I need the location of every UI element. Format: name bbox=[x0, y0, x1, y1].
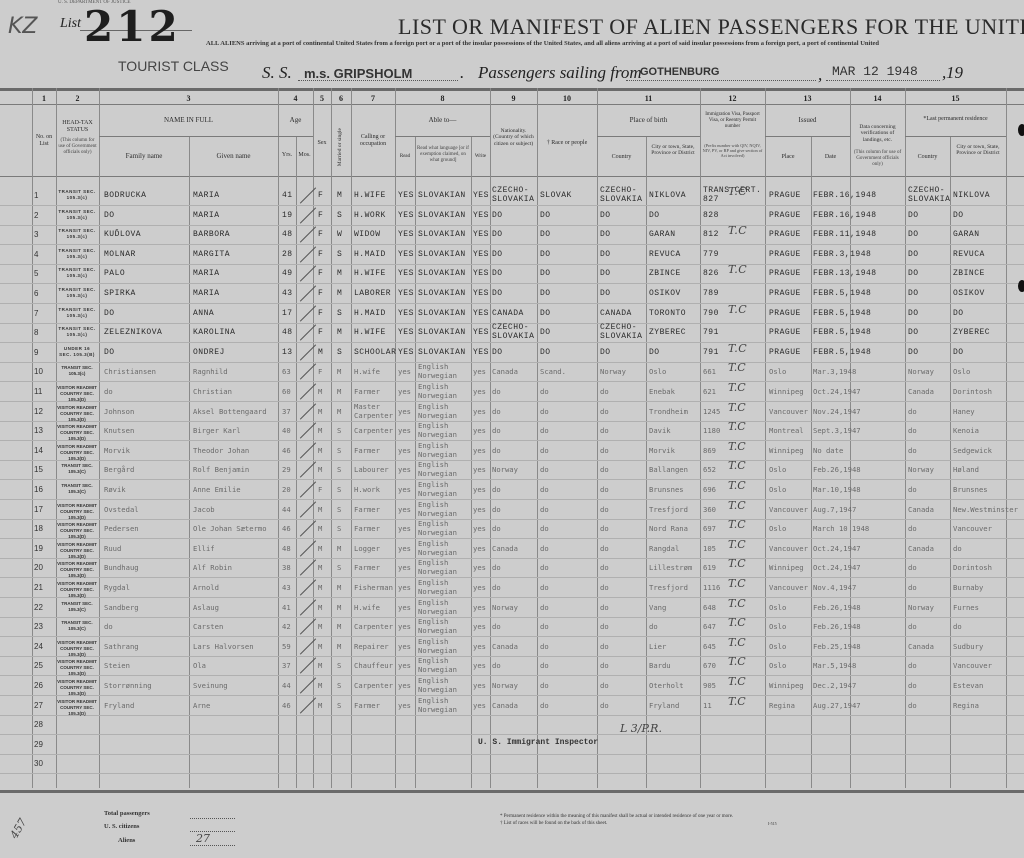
cell-race: DO bbox=[540, 323, 551, 342]
punch-hole bbox=[1018, 280, 1024, 292]
tc-annotation: T.C bbox=[728, 456, 746, 475]
cell-b-country: Norway bbox=[600, 362, 626, 381]
cell-sex: M bbox=[318, 637, 322, 656]
cell-given: Ola bbox=[193, 656, 206, 675]
cell-sex: F bbox=[318, 264, 323, 283]
cell-race: do bbox=[540, 676, 549, 695]
hdr-birth-city: City or town, State, Province or Distric… bbox=[647, 144, 699, 157]
cell-ms: M bbox=[337, 186, 342, 205]
cell-age: 28 bbox=[282, 245, 293, 264]
cell-write: yes bbox=[473, 500, 486, 519]
cell-tax: UNDER 16 SEC. 105.3(B) bbox=[57, 346, 97, 358]
hdr-name-in-full: NAME IN FULL bbox=[99, 116, 278, 124]
cell-r-country: do bbox=[908, 402, 917, 421]
cell-tax: TRANSIT SEC. 105.3(C) bbox=[57, 601, 97, 613]
table-row: 14VISITOR READMIT COUNTRY SEC. 105.3(D)M… bbox=[0, 441, 1024, 460]
cell-b-country: do bbox=[600, 460, 609, 479]
cell-given: MARIA bbox=[193, 284, 220, 303]
cell-tax: TRANSIT SEC. 105.3(c) bbox=[57, 326, 97, 338]
cell-b-country: do bbox=[600, 558, 609, 577]
table-row: 10TRANSIT SEC. 105.3(c)ChristiansenRagnh… bbox=[0, 362, 1024, 381]
cell-no: 22 bbox=[34, 598, 43, 617]
cell-occ: Farmer bbox=[354, 441, 380, 460]
cell-race: DO bbox=[540, 245, 551, 264]
cell-r-city: New.Westminster bbox=[953, 500, 1018, 519]
cell-ms: S bbox=[337, 304, 342, 323]
cell-tax: VISITOR READMIT COUNTRY SEC. 105.3(D) bbox=[57, 699, 97, 717]
cell-family: DO bbox=[104, 343, 115, 362]
cell-occ: H.MAID bbox=[354, 245, 386, 264]
date-line bbox=[826, 80, 940, 81]
cell-lang: English Norwegian bbox=[418, 637, 457, 655]
table-row: 7TRANSIT SEC. 105.3(c)DOANNA17FSH.MAIDYE… bbox=[0, 304, 1024, 323]
cell-race: do bbox=[540, 441, 549, 460]
table-row: 9UNDER 16 SEC. 105.3(B)DOONDREJ13MSSCHOO… bbox=[0, 343, 1024, 362]
aliens-count: 27 bbox=[196, 832, 210, 845]
rule bbox=[0, 88, 1024, 91]
rule bbox=[597, 136, 700, 137]
cell-visa: 648 bbox=[703, 598, 716, 617]
table-row: 20VISITOR READMIT COUNTRY SEC. 105.3(D)B… bbox=[0, 558, 1024, 577]
cell-r-country: Norway bbox=[908, 460, 934, 479]
cell-sex: M bbox=[318, 558, 322, 577]
cell-read: yes bbox=[398, 598, 411, 617]
cell-r-country: DO bbox=[908, 343, 919, 362]
table-row: 6TRANSIT SEC. 105.3(c)SPIRKAMARIA43FMLAB… bbox=[0, 284, 1024, 303]
cell-race: do bbox=[540, 402, 549, 421]
cell-age: 38 bbox=[282, 558, 291, 577]
tc-annotation: T.C bbox=[728, 613, 746, 632]
cell-read: yes bbox=[398, 460, 411, 479]
cell-visa: 905 bbox=[703, 676, 716, 695]
cell-family: DO bbox=[104, 304, 115, 323]
cell-occ: Chauffeur bbox=[354, 656, 393, 675]
cell-lang: English Norwegian bbox=[418, 519, 457, 537]
cell-r-country: Canada bbox=[908, 500, 934, 519]
cell-age: 46 bbox=[282, 696, 291, 715]
cell-occ: Labourer bbox=[354, 460, 389, 479]
cell-ms: S bbox=[337, 696, 341, 715]
cell-occ: Master Carpenter bbox=[354, 402, 393, 420]
cell-b-city: Lillestrøm bbox=[649, 558, 692, 577]
cell-no: 24 bbox=[34, 637, 43, 656]
table-row: 11VISITOR READMIT COUNTRY SEC. 105.3(D)d… bbox=[0, 382, 1024, 401]
cell-lang: English Norwegian bbox=[418, 460, 457, 478]
col-number: 6 bbox=[331, 94, 351, 103]
cell-r-country: Canada bbox=[908, 539, 934, 558]
cell-race: do bbox=[540, 656, 549, 675]
cell-i-place: Vancouver bbox=[769, 539, 808, 558]
cell-i-place: Oslo bbox=[769, 656, 786, 675]
cell-b-city: TORONTO bbox=[649, 304, 686, 323]
cell-b-country: do bbox=[600, 539, 609, 558]
row-rule bbox=[0, 773, 1024, 774]
cell-read: yes bbox=[398, 480, 411, 499]
cell-sex: M bbox=[318, 598, 322, 617]
cell-nat: Canada bbox=[492, 539, 518, 558]
cell-i-place: Oslo bbox=[769, 362, 786, 381]
cell-sex: F bbox=[318, 323, 323, 342]
cell-sex: M bbox=[318, 617, 322, 636]
cell-nat: do bbox=[492, 382, 501, 401]
list-label: List bbox=[60, 16, 81, 32]
cell-lang: English Norwegian bbox=[418, 617, 457, 635]
cell-b-country: do bbox=[600, 696, 609, 715]
cell-ms: M bbox=[337, 382, 341, 401]
cell-visa: 645 bbox=[703, 637, 716, 656]
cell-sex: F bbox=[318, 186, 323, 205]
check-mark-icon bbox=[300, 638, 316, 654]
cell-no: 11 bbox=[34, 382, 42, 401]
cell-occ: Farmer bbox=[354, 558, 380, 577]
cell-nat: Norway bbox=[492, 460, 518, 479]
cell-read: YES bbox=[398, 245, 414, 264]
cell-family: PALO bbox=[104, 264, 125, 283]
check-mark-icon bbox=[300, 266, 316, 282]
cell-race: do bbox=[540, 696, 549, 715]
cell-b-city: Lier bbox=[649, 637, 666, 656]
cell-occ: Farmer bbox=[354, 382, 380, 401]
cell-r-city: Vancouver bbox=[953, 656, 992, 675]
cell-visa: 790 bbox=[703, 304, 719, 323]
cell-i-date: Oct.24,1947 bbox=[813, 539, 861, 558]
hdr-verifications-note: (This column for use of Government offic… bbox=[852, 150, 903, 167]
cell-age: 46 bbox=[282, 441, 291, 460]
cell-i-place: Oslo bbox=[769, 460, 786, 479]
cell-b-country: do bbox=[600, 500, 609, 519]
cell-lang: English Norwegian bbox=[418, 578, 457, 596]
cell-tax: VISITOR READMIT COUNTRY SEC. 105.3(D) bbox=[57, 503, 97, 521]
cell-b-city: REVUCA bbox=[649, 245, 681, 264]
cell-occ: H.wife bbox=[354, 598, 380, 617]
cell-visa: 661 bbox=[703, 362, 716, 381]
cell-occ: Carpenter bbox=[354, 617, 393, 636]
rule bbox=[0, 790, 1024, 793]
cell-r-country: Norway bbox=[908, 362, 934, 381]
cell-visa: 791 bbox=[703, 343, 719, 362]
table-row: 30 bbox=[0, 754, 1024, 773]
cell-sex: M bbox=[318, 460, 322, 479]
tc-annotation: T.C bbox=[728, 182, 747, 201]
cell-r-city: DO bbox=[953, 304, 964, 323]
cell-write: YES bbox=[473, 264, 489, 283]
cell-sex: F bbox=[318, 362, 322, 381]
check-mark-icon bbox=[300, 521, 316, 537]
margin-note: KZ bbox=[8, 14, 38, 39]
cell-given: KAROLINA bbox=[193, 323, 235, 342]
cell-b-city: Oterholt bbox=[649, 676, 684, 695]
cell-write: YES bbox=[473, 245, 489, 264]
cell-r-city: GARAN bbox=[953, 225, 980, 244]
cell-age: 48 bbox=[282, 225, 293, 244]
table-row: 19VISITOR READMIT COUNTRY SEC. 105.3(D)R… bbox=[0, 539, 1024, 558]
cell-occ: LABORER bbox=[354, 284, 391, 303]
ship-name: m.s. GRIPSHOLM bbox=[304, 66, 412, 81]
comma: . bbox=[460, 63, 464, 83]
cell-write: yes bbox=[473, 402, 486, 421]
cell-read: YES bbox=[398, 206, 414, 225]
check-mark-icon bbox=[300, 658, 316, 674]
cell-race: do bbox=[540, 421, 549, 440]
cell-b-country: DO bbox=[600, 225, 611, 244]
cell-ms: M bbox=[337, 539, 341, 558]
cell-i-date: FEBR.13,1948 bbox=[813, 264, 877, 283]
document-title: LIST OR MANIFEST OF ALIEN PASSENGERS FOR… bbox=[398, 14, 1024, 40]
hdr-mos: Mos. bbox=[296, 152, 313, 159]
cell-read: YES bbox=[398, 284, 414, 303]
cell-read: yes bbox=[398, 656, 411, 675]
cell-i-place: PRAGUE bbox=[769, 225, 801, 244]
cell-ms: S bbox=[337, 676, 341, 695]
cell-no: 28 bbox=[34, 715, 43, 734]
cell-r-country: do bbox=[908, 480, 917, 499]
cell-no: 10 bbox=[34, 362, 43, 381]
cell-tax: TRANSIT SEC. 105.3(C) bbox=[57, 483, 97, 495]
cell-write: yes bbox=[473, 637, 486, 656]
cell-given: Christian bbox=[193, 382, 232, 401]
manifest-page: U. S. DEPARTMENT OF JUSTICE KZ List 212 … bbox=[0, 0, 1024, 858]
cell-b-city: ZBINCE bbox=[649, 264, 681, 283]
cell-i-place: PRAGUE bbox=[769, 323, 801, 342]
cell-i-place: Oslo bbox=[769, 617, 786, 636]
port-line bbox=[626, 80, 816, 81]
cell-r-country: do bbox=[908, 519, 917, 538]
cell-ms: M bbox=[337, 578, 341, 597]
cell-ms: S bbox=[337, 343, 342, 362]
cell-occ: Farmer bbox=[354, 519, 380, 538]
cell-b-city: Ballangen bbox=[649, 460, 688, 479]
cell-r-country: do bbox=[908, 441, 917, 460]
cell-no: 4 bbox=[34, 245, 39, 264]
col-number: 2 bbox=[56, 94, 99, 103]
cell-no: 27 bbox=[34, 696, 43, 715]
cell-no: 5 bbox=[34, 264, 39, 283]
cell-i-date: Feb.26,1948 bbox=[813, 598, 861, 617]
cell-r-city: Sudbury bbox=[953, 637, 983, 656]
tc-annotation: T.C bbox=[728, 378, 746, 397]
cell-given: MARIA bbox=[193, 206, 220, 225]
cell-i-date: FEBR.5,1948 bbox=[813, 343, 871, 362]
tc-annotation: T.C bbox=[728, 300, 747, 319]
cell-given: Ellif bbox=[193, 539, 215, 558]
table-row: 21VISITOR READMIT COUNTRY SEC. 105.3(D)R… bbox=[0, 578, 1024, 597]
class-stamp: TOURIST CLASS bbox=[118, 58, 229, 74]
cell-lang: SLOVAKIAN bbox=[418, 206, 466, 225]
cell-i-date: Oct.24,1947 bbox=[813, 382, 861, 401]
cell-r-country: do bbox=[908, 578, 917, 597]
cell-lang: SLOVAKIAN bbox=[418, 186, 466, 205]
cell-i-place: Oslo bbox=[769, 637, 786, 656]
cell-r-country: do bbox=[908, 558, 917, 577]
tc-annotation: T.C bbox=[728, 692, 746, 711]
cell-ms: M bbox=[337, 637, 341, 656]
hdr-last-residence: *Last permanent residence bbox=[905, 116, 1006, 123]
col-number: 1 bbox=[32, 94, 56, 103]
cell-read: YES bbox=[398, 323, 414, 342]
cell-r-country: Canada bbox=[908, 637, 934, 656]
cell-visa: 670 bbox=[703, 656, 716, 675]
check-mark-icon bbox=[300, 619, 316, 635]
cell-visa: 1245 bbox=[703, 402, 720, 421]
cell-b-city: Bardu bbox=[649, 656, 671, 675]
cell-nat: Norway bbox=[492, 598, 518, 617]
cell-age: 48 bbox=[282, 539, 291, 558]
cell-b-city: Enebak bbox=[649, 382, 675, 401]
cell-age: 44 bbox=[282, 500, 291, 519]
cell-i-place: Oslo bbox=[769, 598, 786, 617]
col-number: 10 bbox=[537, 94, 597, 103]
cell-lang: SLOVAKIAN bbox=[418, 343, 466, 362]
hdr-verifications: Data concerning verifications of landing… bbox=[851, 124, 904, 143]
check-mark-icon bbox=[300, 442, 316, 458]
cell-no: 13 bbox=[34, 421, 43, 440]
cell-race: DO bbox=[540, 264, 551, 283]
table-row: 27VISITOR READMIT COUNTRY SEC. 105.3(D)F… bbox=[0, 696, 1024, 715]
cell-ms: M bbox=[337, 284, 342, 303]
table-row: 12VISITOR READMIT COUNTRY SEC. 105.3(D)J… bbox=[0, 402, 1024, 421]
cell-b-city: DO bbox=[649, 343, 660, 362]
cell-lang: English Norwegian bbox=[418, 558, 457, 576]
cell-occ: H.WIFE bbox=[354, 323, 386, 342]
hdr-visa-note: (Prefix number with QIV, NQIV, NIV, PV, … bbox=[701, 144, 764, 159]
cell-nat: DO bbox=[492, 206, 503, 225]
cell-i-place: Vancouver bbox=[769, 578, 808, 597]
cell-write: yes bbox=[473, 480, 486, 499]
cell-visa: 869 bbox=[703, 441, 716, 460]
cell-given: MARIA bbox=[193, 264, 220, 283]
col-number: 11 bbox=[597, 94, 700, 103]
cell-visa: 697 bbox=[703, 519, 716, 538]
cell-race: do bbox=[540, 539, 549, 558]
hdr-age: Age bbox=[278, 116, 313, 124]
cell-sex: M bbox=[318, 441, 322, 460]
cell-given: Theodor Johan bbox=[193, 441, 249, 460]
cell-sex: M bbox=[318, 382, 322, 401]
cell-tax: VISITOR READMIT COUNTRY SEC. 105.3(D) bbox=[57, 444, 97, 462]
check-mark-icon bbox=[300, 207, 316, 223]
cell-tax: VISITOR READMIT COUNTRY SEC. 105.3(D) bbox=[57, 385, 97, 403]
cell-lang: SLOVAKIAN bbox=[418, 323, 466, 342]
cell-race: do bbox=[540, 637, 549, 656]
hdr-married: Married or single bbox=[337, 124, 343, 170]
sailing-date: MAR 12 1948 bbox=[832, 64, 918, 79]
cell-i-place: PRAGUE bbox=[769, 304, 801, 323]
check-mark-icon bbox=[300, 481, 316, 497]
cell-given: Ole Johan Sætermo bbox=[193, 519, 267, 538]
cell-family: MOLNAR bbox=[104, 245, 136, 264]
cell-given: Lars Halvorsen bbox=[193, 637, 254, 656]
cell-tax: TRANSIT SEC. 105.3(c) bbox=[57, 267, 97, 279]
cell-nat: CZECHO- SLOVAKIA bbox=[492, 323, 534, 341]
cell-b-country: do bbox=[600, 676, 609, 695]
cell-r-city: Burnaby bbox=[953, 578, 983, 597]
cell-ms: S bbox=[337, 206, 342, 225]
cell-read: yes bbox=[398, 676, 411, 695]
cell-visa: 621 bbox=[703, 382, 716, 401]
cell-r-city: Høland bbox=[953, 460, 979, 479]
cell-i-place: Montreal bbox=[769, 421, 804, 440]
cell-tax: VISITOR READMIT COUNTRY SEC. 105.3(D) bbox=[57, 679, 97, 697]
cell-age: 41 bbox=[282, 598, 291, 617]
rule bbox=[765, 136, 850, 137]
cell-read: yes bbox=[398, 402, 411, 421]
aliens-label: Aliens bbox=[118, 837, 135, 844]
cell-sex: M bbox=[318, 500, 322, 519]
check-mark-icon bbox=[300, 540, 316, 556]
check-mark-icon bbox=[300, 599, 316, 615]
cell-write: yes bbox=[473, 676, 486, 695]
cell-b-country: do bbox=[600, 656, 609, 675]
cell-b-country: do bbox=[600, 519, 609, 538]
cell-r-city: REVUCA bbox=[953, 245, 985, 264]
hdr-head-tax: HEAD-TAX STATUS bbox=[57, 120, 98, 134]
hdr-birth-country: Country bbox=[597, 154, 646, 161]
cell-b-city: Davik bbox=[649, 421, 671, 440]
ss-label: S. S. bbox=[262, 63, 292, 83]
cell-b-city: Fryland bbox=[649, 696, 679, 715]
cell-i-date: Aug.27,1947 bbox=[813, 696, 861, 715]
hdr-issued-place: Place bbox=[765, 154, 811, 161]
cell-visa: 619 bbox=[703, 558, 716, 577]
cell-b-country: do bbox=[600, 480, 609, 499]
cell-lang: SLOVAKIAN bbox=[418, 264, 466, 283]
cell-nat: do bbox=[492, 656, 501, 675]
cell-write: yes bbox=[473, 519, 486, 538]
cell-lang: English Norwegian bbox=[418, 382, 457, 400]
sailing-label: Passengers sailing from bbox=[478, 63, 642, 83]
table-row: 16TRANSIT SEC. 105.3(C)RøvikAnne Emilie2… bbox=[0, 480, 1024, 499]
cell-i-place: PRAGUE bbox=[769, 284, 801, 303]
cell-tax: TRANSIT SEC. 105.3(c) bbox=[57, 248, 97, 260]
cell-write: yes bbox=[473, 617, 486, 636]
cell-tax: TRANSIT SEC. 105.3(c) bbox=[57, 365, 97, 377]
cell-ms: M bbox=[337, 617, 341, 636]
hdr-no-on-list: No. on List bbox=[33, 134, 55, 148]
cell-ms: S bbox=[337, 441, 341, 460]
table-row: 24VISITOR READMIT COUNTRY SEC. 105.3(D)S… bbox=[0, 637, 1024, 656]
cell-write: YES bbox=[473, 323, 489, 342]
col-number: 3 bbox=[99, 94, 278, 103]
cell-no: 8 bbox=[34, 323, 39, 342]
cell-i-place: Winnipeg bbox=[769, 558, 804, 577]
cell-nat: do bbox=[492, 519, 501, 538]
cell-lang: English Norwegian bbox=[418, 402, 457, 420]
cell-b-city: DO bbox=[649, 206, 660, 225]
check-mark-icon bbox=[300, 462, 316, 478]
cell-i-date: Aug.7,1947 bbox=[813, 500, 856, 519]
tc-annotation: T.C bbox=[728, 476, 746, 495]
hdr-res-country: Country bbox=[905, 154, 950, 161]
cell-sex: M bbox=[318, 656, 322, 675]
cell-read: yes bbox=[398, 500, 411, 519]
cell-b-country: DO bbox=[600, 343, 611, 362]
cell-race: do bbox=[540, 460, 549, 479]
cell-nat: do bbox=[492, 402, 501, 421]
cell-given: Carsten bbox=[193, 617, 223, 636]
cell-given: Rolf Benjamin bbox=[193, 460, 249, 479]
cell-family: Sathrang bbox=[104, 637, 139, 656]
cell-family: Knutsen bbox=[104, 421, 134, 440]
cell-i-place: Winnipeg bbox=[769, 676, 804, 695]
hdr-yrs: Yrs. bbox=[278, 152, 296, 159]
list-number: 212 bbox=[84, 2, 181, 51]
cell-nat: do bbox=[492, 558, 501, 577]
rule bbox=[0, 104, 1024, 105]
cell-b-country: do bbox=[600, 617, 609, 636]
cell-visa: 791 bbox=[703, 323, 719, 342]
hdr-issued-date: Date bbox=[811, 154, 850, 161]
col-number: 9 bbox=[490, 94, 537, 103]
